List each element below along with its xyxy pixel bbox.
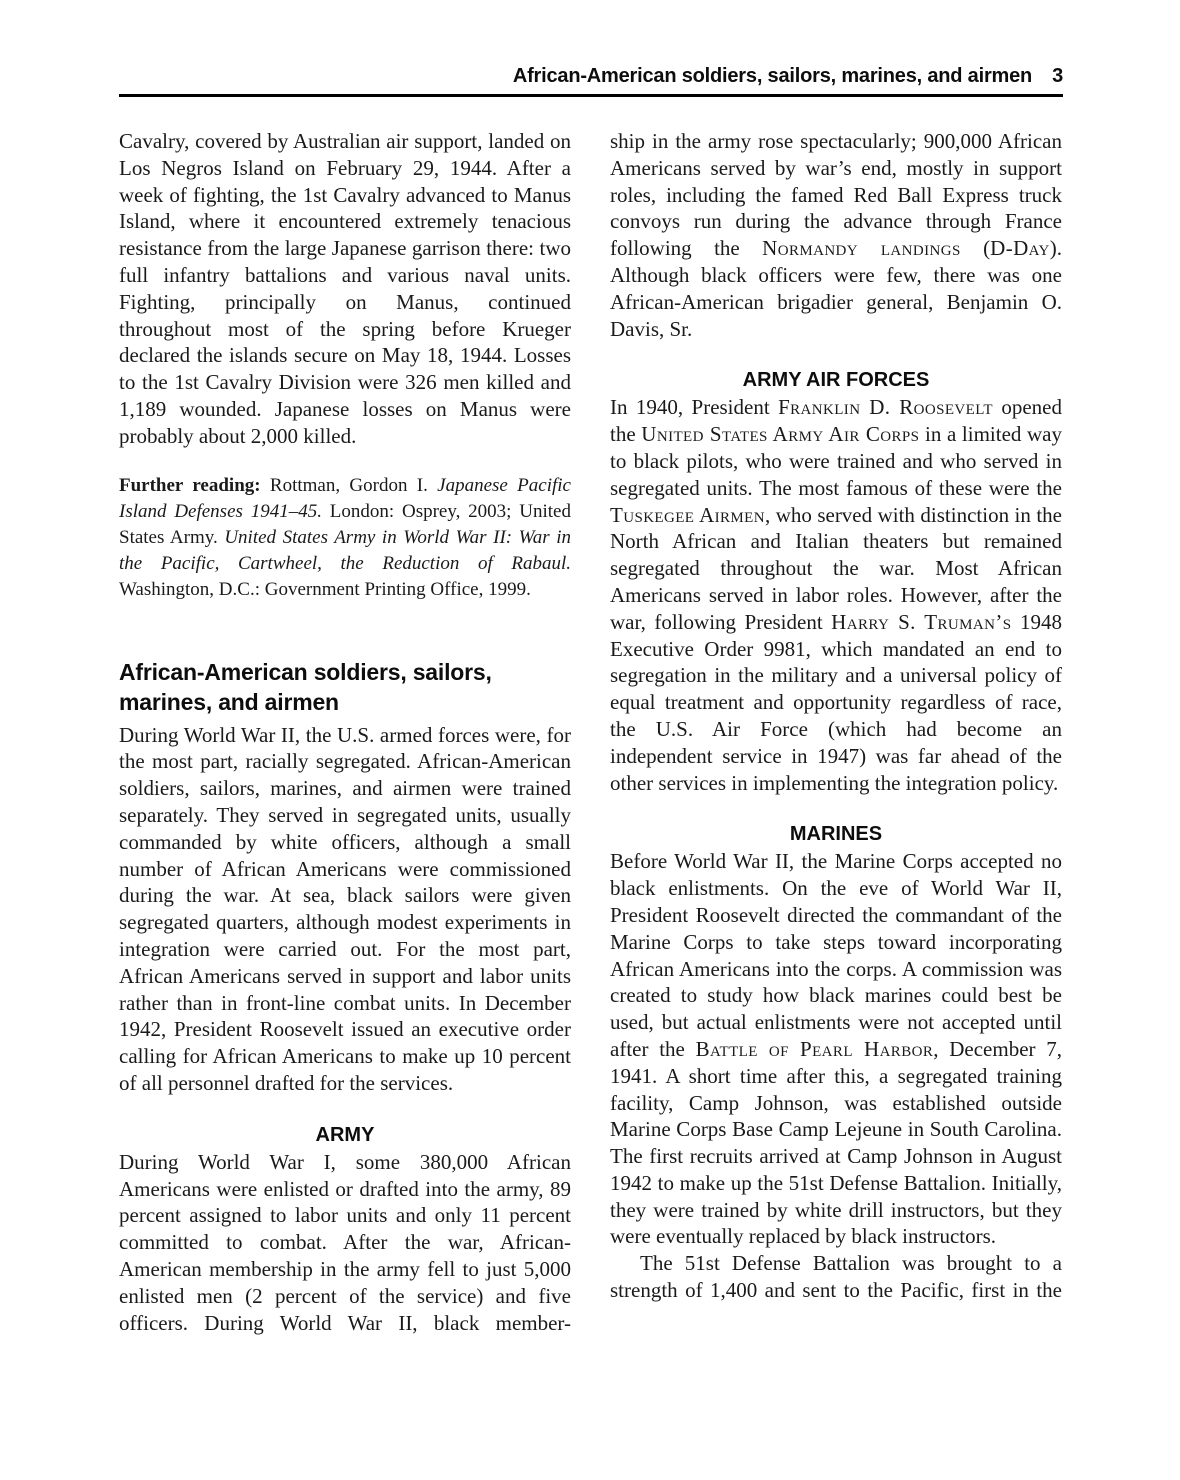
left-column: Cavalry, covered by Australian air suppo… [119, 128, 571, 1336]
army-paragraph: During World War I, some 380,000 African… [119, 1149, 571, 1337]
text-segment-regular: Cavalry, covered by Australian air suppo… [119, 129, 571, 448]
text-segment-regular: In 1940, President [610, 395, 778, 419]
text-segment-regular: Washington, D.C.: Government Printing Of… [119, 579, 531, 600]
section-heading-marines: MARINES [610, 821, 1062, 848]
further-reading-paragraph: Further reading: Rottman, Gordon I. Japa… [119, 473, 571, 603]
text-segment-smallcaps: United States Army Air Corps [641, 422, 919, 446]
text-segment-smallcaps: D-Day [990, 236, 1050, 260]
marines-paragraph-2: The 51st Defense Battalion was brought t… [610, 1250, 1062, 1304]
text-segment-regular: During World War II, the U.S. armed forc… [119, 723, 571, 1095]
two-column-text-block: Cavalry, covered by Australian air suppo… [119, 128, 1063, 1336]
book-page: African-American soldiers, sailors, mari… [0, 0, 1180, 1480]
running-title: African-American soldiers, sailors, mari… [513, 64, 1032, 89]
text-segment-regular: ( [961, 236, 990, 260]
text-segment-smallcaps: Battle of Pearl Harbor [696, 1037, 934, 1061]
text-segment-smallcaps: Normandy landings [762, 236, 961, 260]
marines-paragraph-1: Before World War II, the Marine Corps ac… [610, 848, 1062, 1250]
right-column: ship in the army rose spectacularly; 900… [610, 128, 1062, 1336]
text-segment-regular: Before World War II, the Marine Corps ac… [610, 849, 1062, 1061]
entry-title: African-American soldiers, sailors, mari… [119, 657, 571, 717]
army-continuation-paragraph: ship in the army rose spectacularly; 900… [610, 128, 1062, 342]
text-segment-regular: Rottman, Gordon I. [261, 475, 438, 496]
page-header: African-American soldiers, sailors, mari… [119, 64, 1063, 89]
section-heading-army-air-forces: ARMY AIR FORCES [610, 367, 1062, 394]
header-rule [119, 94, 1063, 97]
army-air-forces-paragraph: In 1940, President Franklin D. Roosevelt… [610, 394, 1062, 796]
text-segment-bold: Further reading: [119, 475, 261, 496]
text-segment-smallcaps: Franklin D. Roosevelt [778, 395, 993, 419]
cavalry-continuation-paragraph: Cavalry, covered by Australian air suppo… [119, 128, 571, 450]
section-heading-army: ARMY [119, 1122, 571, 1149]
text-segment-regular: During World War I, some 380,000 African… [119, 1150, 571, 1335]
text-segment-regular: The 51st Defense Battalion was brought t… [610, 1251, 1062, 1302]
text-segment-regular: , December 7, 1941. A short time after t… [610, 1037, 1062, 1249]
text-segment-smallcaps: Harry S. Truman’s [831, 610, 1011, 634]
text-segment-regular: 1948 Executive Order 9981, which mandate… [610, 610, 1062, 795]
page-number: 3 [1052, 64, 1063, 89]
text-segment-smallcaps: Tuskegee Airmen [610, 503, 765, 527]
entry-intro-paragraph: During World War II, the U.S. armed forc… [119, 722, 571, 1097]
